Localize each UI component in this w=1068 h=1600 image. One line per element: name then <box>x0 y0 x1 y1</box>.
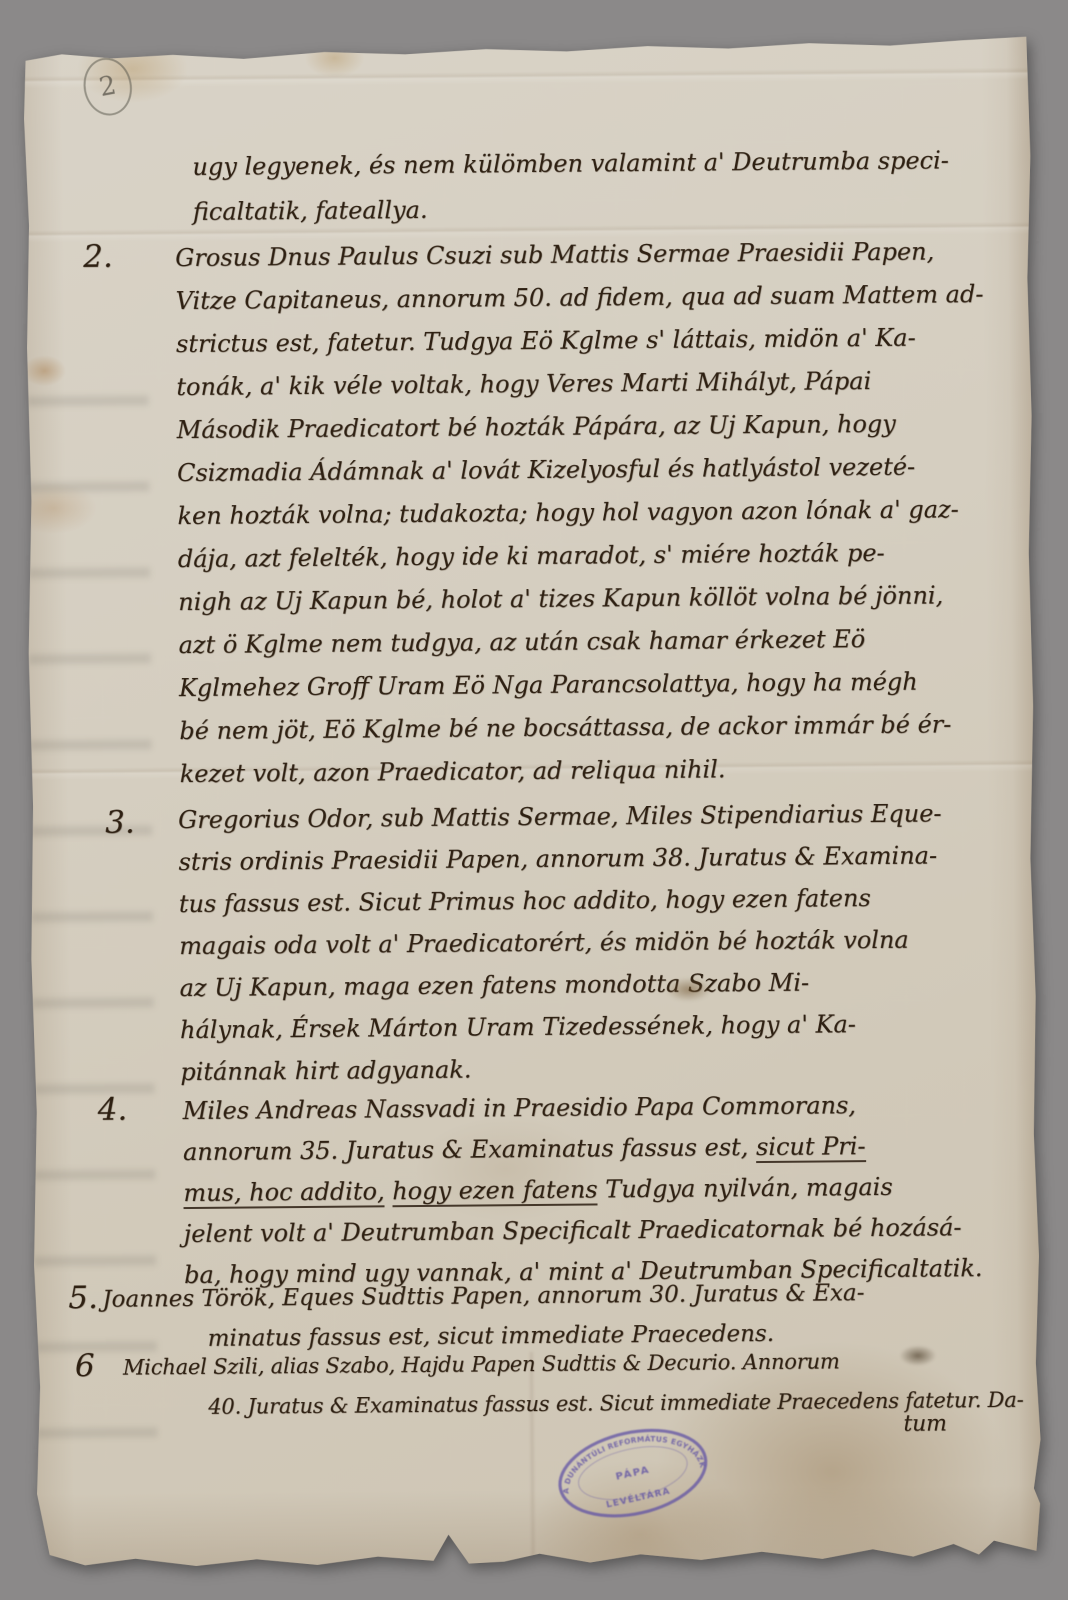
manuscript-line: 40. Juratus & Examinatus fassus est. Sic… <box>123 1380 1024 1428</box>
section-number: 6 <box>75 1346 95 1386</box>
manuscript-line: Gregorius Odor, sub Mattis Sermae, Miles… <box>178 792 942 841</box>
underlined-segment: sicut Pri- <box>756 1132 866 1163</box>
manuscript-line: azt ö Kglme nem tudgya, az után csak ham… <box>178 617 986 667</box>
manuscript-line: tus fassus est. Sicut Primus hoc addito,… <box>179 876 943 925</box>
manuscript-line: ficaltatik, fateallya. <box>193 183 950 235</box>
manuscript-line: hálynak, Érsek Márton Uram Tizedessének,… <box>180 1002 944 1051</box>
section-3: 3. Gregorius Odor, sub Mattis Sermae, Mi… <box>178 792 944 1093</box>
manuscript-line: jelent volt a' Deutrumban Specificalt Pr… <box>184 1207 983 1255</box>
section-number: 5. <box>68 1278 98 1318</box>
manuscript-line: az Uj Kapun, maga ezen fatens mondotta S… <box>179 960 943 1009</box>
line-segment: annorum 35. Juratus & Examinatus fassus … <box>183 1133 749 1166</box>
line-segment: Tudgya nyilván, magais <box>605 1173 893 1204</box>
manuscript-line: Miles Andreas Nassvadi in Praesidio Papa… <box>183 1084 982 1132</box>
intro-paragraph: ugy legyenek, és nem külömben valamint a… <box>192 138 949 235</box>
manuscript-line: ken hozták volna; tudakozta; hogy hol va… <box>177 488 985 538</box>
manuscript-line: ugy legyenek, és nem külömben valamint a… <box>192 138 949 190</box>
closing-word: tum <box>903 1404 947 1444</box>
manuscript-line: tonák, a' kik véle voltak, hogy Veres Ma… <box>176 359 984 409</box>
manuscript-line: magais oda volt a' Praedicatorért, és mi… <box>179 918 943 967</box>
underlined-segment: mus, hoc addito, <box>183 1177 384 1209</box>
section-4: 4. Miles Andreas Nassvadi in Praesidio P… <box>183 1084 983 1296</box>
handwritten-text-layer: ugy legyenek, és nem külömben valamint a… <box>21 34 1044 1571</box>
manuscript-line: stris ordinis Praesidii Papen, annorum 3… <box>178 834 942 883</box>
section-6: 6 Michael Szili, alias Szabo, Hajdu Pape… <box>123 1340 1024 1428</box>
section-number: 2. <box>83 236 113 279</box>
manuscript-paper: 2 ugy legyenek, és nem külömben valamint… <box>21 34 1044 1571</box>
manuscript-line: dája, azt felelték, hogy ide ki maradot,… <box>178 531 986 581</box>
manuscript-line: Kglmehez Groff Uram Eö Nga Parancsolatty… <box>179 660 987 710</box>
stamp-papa-text: PÁPA <box>614 1463 651 1483</box>
manuscript-line: Vitze Capitaneus, annorum 50. ad fidem, … <box>175 273 983 323</box>
section-number: 3. <box>105 801 135 843</box>
manuscript-line: Csizmadia Ádámnak a' lovát Kizelyosful é… <box>177 445 985 495</box>
manuscript-line: strictus est, fatetur. Tudgya Eö Kglme s… <box>176 316 984 366</box>
underlined-segment: hogy ezen fatens <box>392 1175 598 1207</box>
manuscript-line: annorum 35. Juratus & Examinatus fassus … <box>183 1125 982 1173</box>
manuscript-photo: 2 ugy legyenek, és nem külömben valamint… <box>21 34 1044 1571</box>
manuscript-line: Grosus Dnus Paulus Csuzi sub Mattis Serm… <box>175 230 983 280</box>
manuscript-line: mus, hoc addito, hogy ezen fatens Tudgya… <box>183 1166 982 1214</box>
manuscript-line: Második Praedicatort bé hozták Pápára, a… <box>177 402 985 452</box>
manuscript-line: Joannes Török, Eques Sudttis Papen, anno… <box>102 1273 864 1320</box>
manuscript-line: bé nem jöt, Eö Kglme bé ne bocsáttassa, … <box>179 703 987 753</box>
manuscript-line: nigh az Uj Kapun bé, holot a' tizes Kapu… <box>178 574 986 624</box>
section-2: 2. Grosus Dnus Paulus Csuzi sub Mattis S… <box>175 230 988 796</box>
section-number: 4. <box>97 1090 127 1131</box>
manuscript-line: kezet volt, azon Praedicator, ad reliqua… <box>180 746 988 796</box>
